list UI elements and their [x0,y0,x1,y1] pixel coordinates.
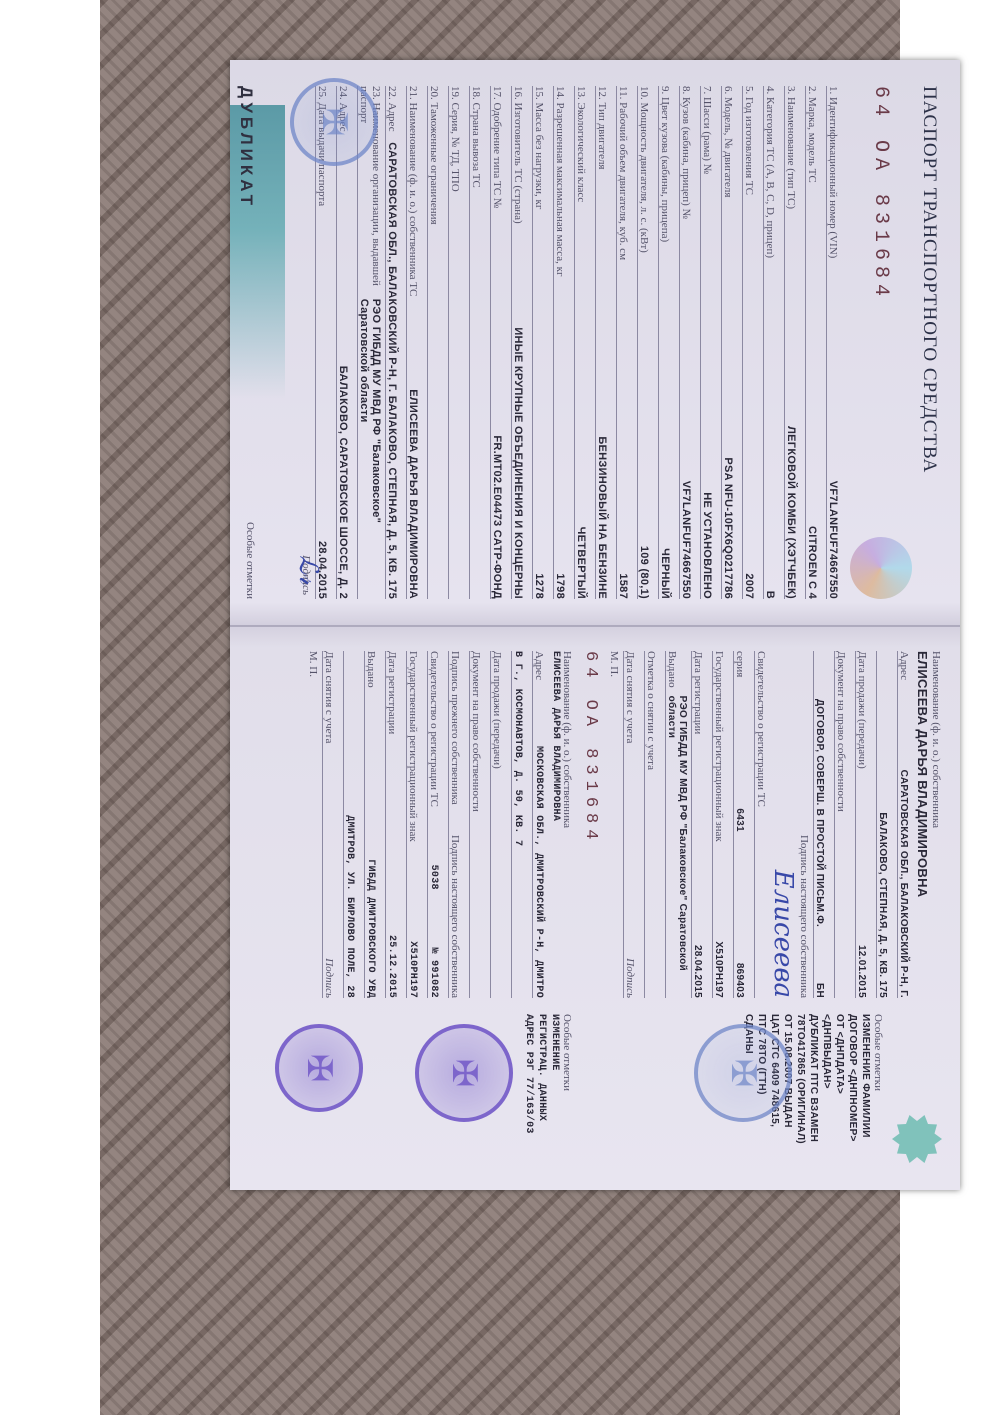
special-marks-label: Особые отметки [236,522,256,599]
owner-1-plate: Х510РН197 [713,941,724,998]
vehicle-field-label: 15. Масса без нагрузки, кг [533,86,545,209]
special-mark-line: 78ТО417865 (ОРИГИНАЛ) [794,1014,807,1164]
vehicle-field-label: 6. Модель, № двигателя [722,86,734,197]
vehicle-field-row: 4. Категория ТС (A, B, C, D, прицеп)B [763,86,781,599]
vehicle-field-value: CITROEN C 4 [806,526,818,599]
vehicle-field-label: 21. Наименование (ф. и. о.) собственника… [407,86,419,296]
vehicle-field-row: 6. Модель, № двигателяPSA NFU-10FX6Q0217… [721,86,739,599]
vehicle-field-label: 8. Кузов (кабина, прицеп) № [680,86,692,219]
ownership-page-serial: 64 ОА 831684 [581,651,600,998]
carpet-background: ПАСПОРТ ТРАНСПОРТНОГО СРЕДСТВА 64 ОА 831… [100,0,900,1415]
vehicle-field-value: НЕ УСТАНОВЛЕНО [701,492,713,599]
vehicle-field-row: 16. Изготовитель ТС (страна)ИНЫЕ КРУПНЫЕ… [511,86,529,599]
vehicle-field-label: 1. Идентификационный номер (VIN) [827,86,839,258]
special-mark-line: ДОГОВОР <ДНПНОМЕР> [846,1014,859,1164]
vehicle-field-value: 2007 [743,573,755,599]
vehicle-field-value: САРАТОВСКАЯ ОБЛ., БАЛАКОВСКИЙ Р-Н, Г. БА… [386,142,398,599]
vehicle-field-value: РЭО ГИБДД МУ МВД РФ "Балаковское" Сарато… [358,299,382,599]
vehicle-field-label: 20. Таможенные ограничения [428,86,440,225]
vehicle-field-value: ЕЛИСЕЕВА ДАРЬЯ ВЛАДИМИРОВНА [407,389,419,599]
vehicle-field-row: 22. АдресСАРАТОВСКАЯ ОБЛ., БАЛАКОВСКИЙ Р… [385,86,403,599]
vehicle-field-value: ЧЕТВЕРТЫЙ [575,527,587,599]
owner-1-address-2: БАЛАКОВО, СТЕПНАЯ, Д. 5, КВ. 175 [877,812,888,998]
vehicle-field-label: 12. Тип двигателя [596,86,608,170]
vehicle-field-row: 19. Серия, № ТД, ТПО [448,86,466,599]
vehicle-field-row: 2. Марка, модель ТСCITROEN C 4 [805,86,823,599]
vehicle-field-value: 109 (80,1) [638,546,650,599]
vehicle-field-value: VF7LANFUF74667550 [680,481,692,599]
owner-1-reg-date: 28.04.2015 [692,945,703,998]
vehicle-field-value: 1798 [554,573,566,599]
violet-stamp-icon: ✠ [275,1024,363,1112]
vehicle-field-value: FR.MT02.E04473 САТР-ФОНД [491,435,503,599]
special-mark-line: ИЗМЕНЕНИЕ ФАМИЛИИ [859,1014,872,1164]
vehicle-field-row: 20. Таможенные ограничения [427,86,445,599]
vehicle-field-row: 10. Мощность двигателя, л. с. (кВт)109 (… [637,86,655,599]
vehicle-field-row: 15. Масса без нагрузки, кг1278 [532,86,550,599]
vehicle-field-row: 9. Цвет кузова (кабины, прицепа)ЧЕРНЫЙ [658,86,676,599]
vehicle-field-value: БЕНЗИНОВЫЙ НА БЕНЗИНЕ [596,436,608,599]
vehicle-field-row: 13. Экологический классЧЕТВЕРТЫЙ [574,86,592,599]
vehicle-field-row: 1. Идентификационный номер (VIN)VF7LANFU… [826,86,844,599]
owner-2-name: ЕЛИСЕЕВА ДАРЬЯ ВЛАДИМИРОВНА [550,651,561,998]
owner-1-name: ЕЛИСЕЕВА ДАРЬЯ ВЛАДИМИРОВНА [915,651,930,998]
vehicle-field-row: 23. Наименование организации, выдавшей п… [357,86,382,599]
owner-2-address-2: В Г., КОСМОНАВТОВ, Д. 50, КВ. 7 [512,651,523,846]
special-mark-line: <ДНПВЫДАН> [820,1014,833,1164]
owner-2-block: Наименование (ф. и. о.) собственника ЕЛИ… [307,651,573,998]
document-title: ПАСПОРТ ТРАНСПОРТНОГО СРЕДСТВА [918,86,940,473]
owner-1-special-marks: Особые отметки ИЗМЕНЕНИЕ ФАМИЛИИДОГОВОР … [581,1014,942,1164]
vehicle-field-value: 1587 [617,573,629,599]
owner-2-address-1: МОСКОВСКАЯ ОБЛ., ДМИТРОВСКИЙ Р-Н, ДМИТРО [533,746,544,998]
vehicle-field-label: 13. Экологический класс [575,86,587,202]
rosette-icon [892,1114,942,1164]
vehicle-passport: ПАСПОРТ ТРАНСПОРТНОГО СРЕДСТВА 64 ОА 831… [230,60,960,1190]
special-mark-line: ОТ <ДНПДАТА> [833,1014,846,1164]
owner-1-signature: Елисеева [772,651,798,998]
special-mark-line: ИЗМЕНЕНИЕ [548,1014,561,1164]
vehicle-field-value: ИНЫЕ КРУПНЫЕ ОБЪЕДИНЕНИЯ И КОНЦЕРНЫ [512,327,524,599]
owner-1-block: Наименование (ф. и. о.) собственника ЕЛИ… [581,651,942,998]
vehicle-field-row: 3. Наименование (тип ТС)ЛЕГКОВОЙ КОМБИ (… [784,86,802,599]
special-mark-line: АДРЕС РЭГ 77/163/03 [522,1014,535,1164]
owner-2-special-marks: Особые отметки ИЗМЕНЕНИЕРЕГИСТРАЦ. ДАННЫ… [307,1014,573,1164]
vehicle-field-value: 1278 [533,573,545,599]
blue-stamp-icon: ✠ [290,78,378,166]
vehicle-field-row: 14. Разрешенная максимальная масса, кг17… [553,86,571,599]
vehicle-field-label: 3. Наименование (тип ТС) [785,86,797,209]
owner-2-issued-by-address: ДМИТРОВ, УЛ. БИРЛОВО ПОЛЕ, 28 [344,815,355,998]
vehicle-field-row: 12. Тип двигателяБЕНЗИНОВЫЙ НА БЕНЗИНЕ [595,86,613,599]
vehicle-page: ПАСПОРТ ТРАНСПОРТНОГО СРЕДСТВА 64 ОА 831… [230,60,960,625]
vehicle-field-row: 18. Страна вывоза ТС [469,86,487,599]
document-serial: 64 ОА 831684 [870,86,893,302]
owner-2-reg-series: 5038 [428,865,439,890]
vehicle-field-label: 4. Категория ТС (A, B, C, D, прицеп) [764,86,776,258]
vehicle-field-row: 11. Рабочий объем двигателя, куб. см1587 [616,86,634,599]
owner-1-issued-by: РЭО ГИБДД МУ МВД РФ "Балаковское" Сарато… [666,696,688,998]
vehicle-field-value: БАЛАКОВО, САРАТОВСКОЕ ШОССЕ, Д. 2 [337,366,349,599]
owner-2-reg-number: № 991082 [428,948,439,998]
vehicle-field-label: 19. Серия, № ТД, ТПО [449,86,461,192]
vehicle-field-label: 10. Мощность двигателя, л. с. (кВт) [638,86,650,253]
vehicle-field-label: 2. Марка, модель ТС [806,86,818,183]
vehicle-field-label: 14. Разрешенная максимальная масса, кг [554,86,566,277]
vehicle-field-label: 16. Изготовитель ТС (страна) [512,86,524,224]
owner-2-issued-by: ГИБДД ДМИТРОВСКОГО УВД [365,859,376,998]
vehicle-field-row: 17. Одобрение типа ТС №FR.MT02.E04473 СА… [490,86,508,599]
special-mark-line: ДУБЛИКАТ ПТС ВЗАМЕН [807,1014,820,1164]
vehicle-field-label: 9. Цвет кузова (кабины, прицепа) [659,86,671,242]
owner-1-reg-series: 6431 [734,808,745,831]
vehicle-field-value: B [764,591,776,599]
vehicle-field-label: 18. Страна вывоза ТС [470,86,482,188]
ownership-page: Наименование (ф. и. о.) собственника ЕЛИ… [230,625,960,1190]
vehicle-field-row: 21. Наименование (ф. и. о.) собственника… [406,86,424,599]
vehicle-field-row: 7. Шасси (рама) №НЕ УСТАНОВЛЕНО [700,86,718,599]
owner-1-ownership-doc-no: БН [814,983,825,998]
vehicle-field-label: 11. Рабочий объем двигателя, куб. см [617,86,629,260]
vehicle-field-value: ЧЕРНЫЙ [659,548,671,599]
vehicle-field-label: 17. Одобрение типа ТС № [491,86,503,208]
vehicle-field-row: 5. Год изготовления ТС2007 [742,86,760,599]
owner-1-reg-number: 869403 [734,963,745,998]
owner-1-ownership-doc: ДОГОВОР, СОВЕРШ. В ПРОСТОЙ ПИСЬМ.Ф. [814,699,825,927]
blue-stamp-icon: ✠ [694,1024,792,1122]
vehicle-field-value: VF7LANFUF74667550 [827,481,839,599]
owner-1-sale-date: 12.01.2015 [856,945,867,998]
vehicle-field-label: 22. Адрес [386,86,398,132]
vehicle-field-label: 5. Год изготовления ТС [743,86,755,195]
special-mark-line: РЕГИСТРАЦ. ДАННЫХ [535,1014,548,1164]
owner-2-reg-date: 25.12.2015 [386,935,397,998]
vehicle-fields: 1. Идентификационный номер (VIN)VF7LANFU… [315,86,844,599]
owner-1-address-1: САРАТОВСКАЯ ОБЛ., БАЛАКОВСКИЙ Р-Н, Г. [898,770,909,998]
vehicle-field-row: 8. Кузов (кабина, прицеп) №VF7LANFUF7466… [679,86,697,599]
owner-2-plate: Х510РН197 [407,941,418,998]
vehicle-field-label: 7. Шасси (рама) № [701,86,713,174]
violet-stamp-icon: ✠ [415,1024,513,1122]
hologram-emblem-icon [850,537,912,599]
issuer-signature: ℒ𝓇 [292,555,323,585]
vehicle-field-value: PSA NFU-10FX6Q0217786 [722,457,734,599]
vehicle-field-value: ЛЕГКОВОЙ КОМБИ (ХЭТЧБЕК) [785,426,797,599]
duplicate-label: ДУБЛИКАТ [236,86,256,209]
